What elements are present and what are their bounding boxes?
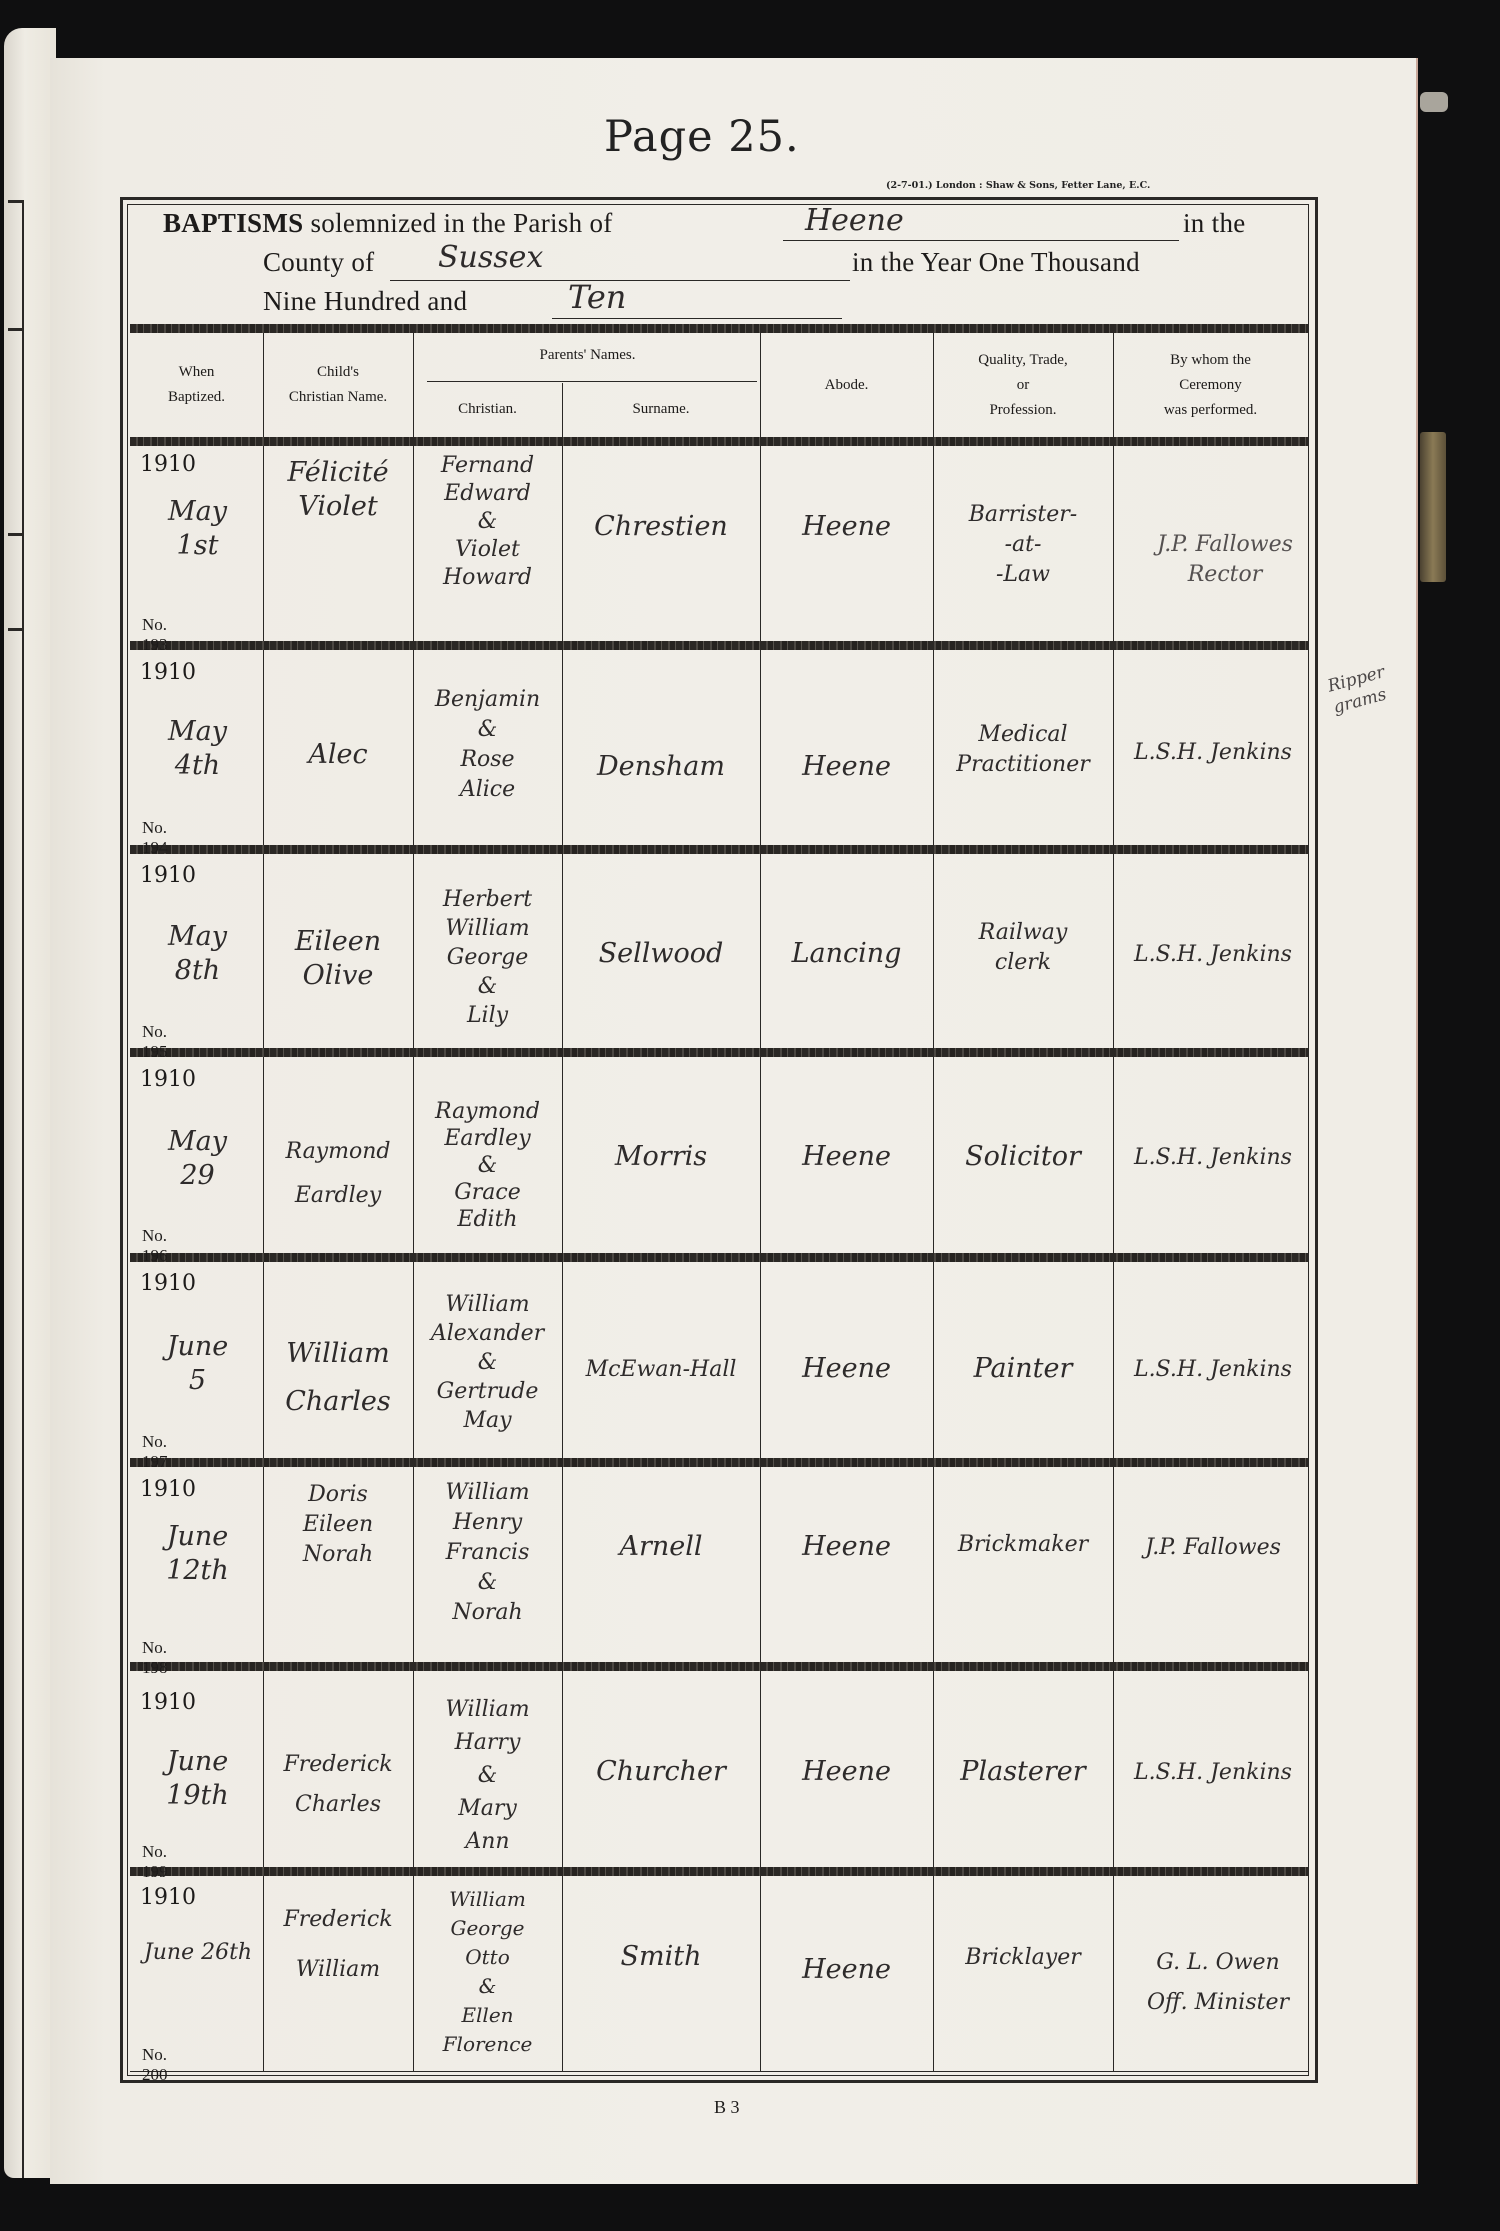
entry-year: 1910: [140, 1067, 196, 1092]
entry-officiant: J.P. Fallowes Rector: [1100, 530, 1350, 590]
entry-number: No. 197: [142, 1432, 168, 1472]
row-separator: [130, 1048, 1308, 1057]
entry-child-name: Alec: [263, 738, 413, 772]
col-parents-christian: Christian.: [413, 397, 562, 422]
row-separator: [130, 1458, 1308, 1467]
entry-abode: Heene: [760, 510, 933, 544]
entry-profession: Brickmaker: [933, 1530, 1113, 1560]
entry-surname: Chrestien: [562, 510, 760, 544]
entry-year: 1910: [140, 1690, 196, 1715]
entry-number: No. 194: [142, 818, 168, 858]
entry-abode: Heene: [760, 1352, 933, 1386]
entry-profession: Painter: [933, 1352, 1113, 1386]
col-when-baptized: When Baptized.: [130, 360, 263, 410]
col-parents-surname: Surname.: [562, 397, 760, 422]
heading-line-1: BAPTISMS solemnized in the Parish of: [163, 208, 613, 239]
heading-county: County of: [263, 247, 374, 278]
entry-number: No. 198: [142, 1638, 168, 1678]
parents-subhead-divider: [562, 383, 563, 437]
entry-surname: Arnell: [562, 1530, 760, 1564]
entry-child-name: Raymond Eardley: [263, 1130, 413, 1218]
entry-abode: Lancing: [760, 937, 933, 971]
entry-number: No. 193: [142, 615, 168, 655]
facing-page-rule: [8, 533, 24, 536]
entry-surname: Smith: [562, 1940, 760, 1974]
entry-year: 1910: [140, 452, 196, 477]
col-by-whom: By whom the Ceremony was performed.: [1113, 348, 1308, 423]
entry-date: May 29: [135, 1125, 260, 1193]
facing-page-rule: [8, 328, 24, 331]
entry-parents-christian: William Henry Francis & Norah: [413, 1478, 562, 1628]
entry-date: May 8th: [135, 920, 260, 988]
entry-date: June 26th: [128, 1938, 268, 1968]
header-band: [130, 324, 1308, 333]
entry-child-name: Frederick William: [263, 1895, 413, 1995]
parish-field-line: [783, 240, 1179, 241]
entry-surname: Sellwood: [562, 937, 760, 971]
col-divider: [933, 333, 934, 437]
entry-date: June 5: [135, 1330, 260, 1398]
table-bottom-rule: [130, 2071, 1308, 2072]
entry-child-name: William Charles: [263, 1330, 413, 1426]
entry-date: May 1st: [135, 495, 260, 563]
county-value: Sussex: [438, 240, 543, 275]
entry-profession: Railway clerk: [933, 918, 1113, 978]
entry-officiant: J.P. Fallowes: [1113, 1533, 1313, 1563]
entry-parents-christian: William Harry & Mary Ann: [413, 1693, 562, 1858]
entry-officiant: L.S.H. Jenkins: [1113, 1355, 1313, 1385]
entry-child-name: Félicité Violet: [263, 456, 413, 524]
facing-page-frame: [22, 200, 24, 2178]
parish-value: Heene: [805, 203, 904, 238]
col-child-name: Child's Christian Name.: [263, 360, 413, 410]
year-value: Ten: [568, 278, 626, 316]
year-field-line: [552, 318, 842, 319]
entry-year: 1910: [140, 863, 196, 888]
entry-child-name: Frederick Charles: [263, 1745, 413, 1825]
heading-baptisms: BAPTISMS: [163, 208, 303, 238]
col-divider: [413, 333, 414, 437]
entry-officiant: L.S.H. Jenkins: [1113, 1143, 1313, 1173]
entry-abode: Heene: [760, 1755, 933, 1789]
heading-year-one-thousand: in the Year One Thousand: [852, 247, 1140, 278]
entry-profession: Medical Practitioner: [933, 720, 1113, 780]
signature-mark: B 3: [714, 2097, 740, 2118]
entry-parents-christian: Benjamin & Rose Alice: [413, 685, 562, 805]
row-separator: [130, 845, 1308, 854]
entry-parents-christian: Fernand Edward & Violet Howard: [413, 452, 562, 592]
printer-imprint: (2-7-01.) London : Shaw & Sons, Fetter L…: [886, 180, 1150, 191]
heading-solemnized: solemnized in the Parish of: [311, 208, 613, 238]
entry-year: 1910: [140, 660, 196, 685]
row-separator: [130, 641, 1308, 650]
entry-officiant: L.S.H. Jenkins: [1113, 738, 1313, 768]
entry-surname: McEwan-Hall: [562, 1355, 760, 1385]
heading-nine-hundred: Nine Hundred and: [263, 286, 467, 317]
entry-parents-christian: Herbert William George & Lily: [413, 885, 562, 1030]
col-abode: Abode.: [760, 373, 933, 398]
row-separator: [130, 1867, 1308, 1876]
book-clasp: [1420, 432, 1446, 582]
entry-abode: Heene: [760, 1140, 933, 1174]
entry-number: No. 199: [142, 1842, 168, 1882]
entry-year: 1910: [140, 1885, 196, 1910]
column-header-band: [130, 437, 1308, 446]
entry-profession: Barrister- -at- -Law: [933, 500, 1113, 590]
entry-surname: Churcher: [562, 1755, 760, 1789]
heading-in-the: in the: [1183, 208, 1246, 239]
entry-number: No. 195: [142, 1022, 168, 1062]
entry-year: 1910: [140, 1271, 196, 1296]
entry-officiant: G. L. Owen Off. Minister: [1113, 1943, 1323, 2023]
page-tab-fragment: [1420, 92, 1448, 112]
entry-year: 1910: [140, 1477, 196, 1502]
row-separator: [130, 1662, 1308, 1671]
row-separator: [130, 1253, 1308, 1262]
entry-abode: Heene: [760, 1953, 933, 1987]
entry-surname: Morris: [562, 1140, 760, 1174]
col-parents-names: Parents' Names.: [413, 343, 762, 368]
entry-abode: Heene: [760, 750, 933, 784]
entry-abode: Heene: [760, 1530, 933, 1564]
parents-subhead-rule: [427, 381, 757, 382]
entry-officiant: L.S.H. Jenkins: [1113, 940, 1313, 970]
entry-date: June 12th: [135, 1520, 260, 1588]
entry-parents-christian: Raymond Eardley & Grace Edith: [413, 1098, 562, 1233]
col-divider: [263, 333, 264, 437]
col-divider: [760, 333, 761, 437]
facing-page-rule: [8, 628, 24, 631]
entry-profession: Bricklayer: [933, 1943, 1113, 1973]
entry-officiant: L.S.H. Jenkins: [1113, 1758, 1313, 1788]
entry-surname: Densham: [562, 750, 760, 784]
entry-parents-christian: William Alexander & Gertrude May: [413, 1290, 562, 1435]
facing-page-edge: [4, 28, 56, 2178]
entry-profession: Solicitor: [933, 1140, 1113, 1174]
entry-child-name: Doris Eileen Norah: [263, 1480, 413, 1570]
entry-profession: Plasterer: [933, 1755, 1113, 1789]
entry-date: May 4th: [135, 715, 260, 783]
entry-child-name: Eileen Olive: [263, 925, 413, 993]
entry-number: No. 196: [142, 1226, 168, 1266]
entry-date: June 19th: [135, 1745, 260, 1813]
entry-number: No. 200: [142, 2045, 168, 2085]
entry-parents-christian: William George Otto & Ellen Florence: [413, 1885, 562, 2059]
page-title: Page 25.: [604, 112, 800, 162]
col-divider: [1113, 333, 1114, 437]
col-quality-profession: Quality, Trade, or Profession.: [933, 348, 1113, 423]
